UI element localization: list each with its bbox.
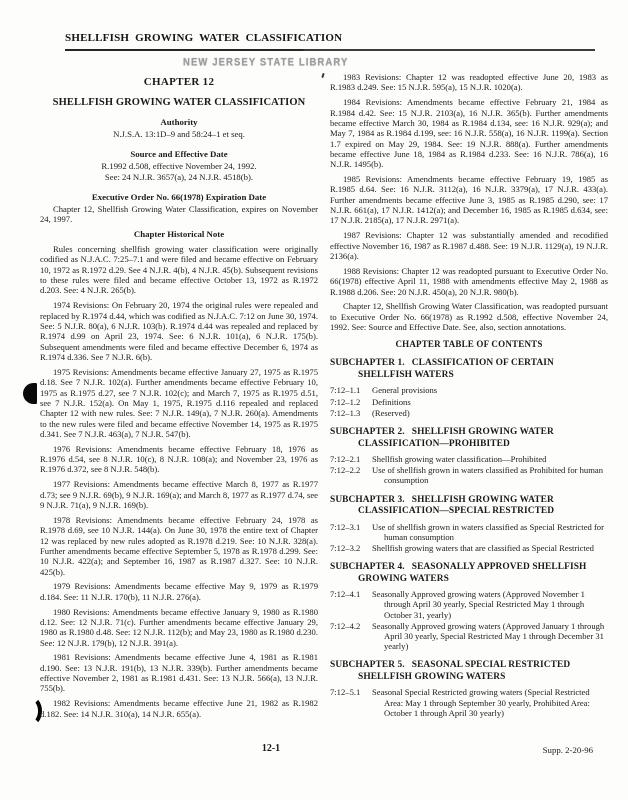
toc-entry-number: 7:12–2.1 (330, 454, 372, 464)
subchapter-4-title: SUBCHAPTER 4.SEASONALLY APPROVED SHELLFI… (330, 562, 608, 585)
historical-paragraph-1985: 1985 Revisions: Amendments became effect… (330, 174, 608, 226)
subchapter-1-label: SUBCHAPTER 1. (330, 358, 405, 368)
subchapter-5-label: SUBCHAPTER 5. (330, 660, 405, 670)
historical-note-heading: Chapter Historical Note (40, 229, 318, 239)
historical-paragraph-1977: 1977 Revisions: Amendments became effect… (40, 479, 318, 510)
header-rule (65, 49, 595, 51)
toc-entry: 7:12–2.1 Shellfish growing water classif… (330, 454, 608, 464)
toc-entry: 7:12–1.2 Definitions (330, 397, 608, 407)
readoption-paragraph: Chapter 12, Shellfish Growing Water Clas… (330, 301, 608, 332)
document-page: SHELLFISH GROWING WATER CLASSIFICATION N… (0, 0, 628, 800)
subchapter-4: SUBCHAPTER 4.SEASONALLY APPROVED SHELLFI… (330, 562, 608, 651)
historical-paragraph-1979: 1979 Revisions: Amendments became effect… (40, 581, 318, 602)
toc-entry-number: 7:12–1.3 (330, 408, 372, 418)
historical-paragraph-1983: 1983 Revisions: Chapter 12 was readopted… (330, 72, 608, 93)
subchapter-2-label: SUBCHAPTER 2. (330, 427, 405, 437)
historical-paragraph-1978: 1978 Revisions: Amendments became effect… (40, 515, 318, 577)
toc-entry: 7:12–4.2 Seasonally Approved growing wat… (330, 621, 608, 652)
historical-paragraph-1976: 1976 Revisions: Amendments became effect… (40, 444, 318, 475)
toc-entry-text: General provisions (372, 385, 608, 395)
subchapter-3-label: SUBCHAPTER 3. (330, 495, 405, 505)
expiration-heading: Executive Order No. 66(1978) Expiration … (40, 192, 318, 202)
ink-mark-paren (19, 696, 42, 726)
toc-entry: 7:12–2.2 Use of shellfish grown in water… (330, 465, 608, 485)
toc-entry-text: Shellfish growing waters that are classi… (372, 543, 608, 553)
historical-paragraph-1972: Rules concerning shellfish growing water… (40, 244, 318, 296)
subchapter-1-items: 7:12–1.1 General provisions 7:12–1.2 Def… (330, 385, 608, 418)
authority-citation: N.J.S.A. 13:1D–9 and 58:24–1 et seq. (40, 129, 318, 139)
subchapter-2: SUBCHAPTER 2.SHELLFISH GROWING WATER CLA… (330, 427, 608, 486)
authority-heading: Authority (40, 117, 318, 127)
toc-entry-number: 7:12–3.1 (330, 522, 372, 542)
subchapter-3-items: 7:12–3.1 Use of shellfish grown in water… (330, 522, 608, 554)
subchapter-2-items: 7:12–2.1 Shellfish growing water classif… (330, 454, 608, 486)
toc-entry-text: Use of shellfish grown in waters classif… (372, 522, 608, 542)
source-date-heading: Source and Effective Date (40, 149, 318, 159)
subchapter-1: SUBCHAPTER 1.CLASSIFICATION OF CERTAIN S… (330, 358, 608, 418)
historical-paragraph-1987: 1987 Revisions: Chapter 12 was substanti… (330, 230, 608, 261)
toc-entry-text: (Reserved) (372, 408, 608, 418)
chapter-number-heading: CHAPTER 12 (40, 76, 318, 88)
source-date-line2: See: 24 N.J.R. 3657(a), 24 N.J.R. 4518(b… (40, 172, 318, 182)
toc-entry: 7:12–5.1 Seasonal Special Restricted gro… (330, 687, 608, 718)
toc-entry-number: 7:12–4.2 (330, 621, 372, 652)
expiration-paragraph: Chapter 12, Shellfish Growing Water Clas… (40, 204, 318, 225)
chapter-title-heading: SHELLFISH GROWING WATER CLASSIFICATION (40, 97, 318, 108)
subchapter-5: SUBCHAPTER 5.SEASONAL SPECIAL RESTRICTED… (330, 660, 608, 718)
toc-entry-number: 7:12–1.2 (330, 397, 372, 407)
toc-entry-number: 7:12–3.2 (330, 543, 372, 553)
toc-entry-number: 7:12–2.2 (330, 465, 372, 485)
left-column: CHAPTER 12 SHELLFISH GROWING WATER CLASS… (40, 76, 318, 724)
historical-paragraph-1984: 1984 Revisions: Amendments became effect… (330, 97, 608, 169)
toc-entry-text: Definitions (372, 397, 608, 407)
subchapter-2-title: SUBCHAPTER 2.SHELLFISH GROWING WATER CLA… (330, 427, 608, 450)
toc-entry: 7:12–1.1 General provisions (330, 385, 608, 395)
historical-paragraph-1981: 1981 Revisions: Amendments became effect… (40, 652, 318, 693)
historical-paragraph-1982: 1982 Revisions: Amendments became effect… (40, 698, 318, 719)
subchapter-5-title: SUBCHAPTER 5.SEASONAL SPECIAL RESTRICTED… (330, 660, 608, 683)
page-number: 12-1 (241, 743, 301, 754)
ink-mark-halfdisc (23, 383, 37, 404)
historical-paragraph-1988: 1988 Revisions: Chapter 12 was readopted… (330, 266, 608, 297)
library-stamp: NEW JERSEY STATE LIBRARY (183, 56, 333, 69)
toc-entry-text: Seasonally Approved growing waters (Appr… (372, 589, 608, 620)
toc-entry-text: Seasonally Approved growing waters (Appr… (372, 621, 608, 652)
ink-mark-tick (321, 73, 324, 78)
toc-entry-text: Shellfish growing water classification—P… (372, 454, 608, 464)
toc-entry: 7:12–4.1 Seasonally Approved growing wat… (330, 589, 608, 620)
toc-entry-text: Use of shellfish grown in waters classif… (372, 465, 608, 485)
subchapter-3-title: SUBCHAPTER 3.SHELLFISH GROWING WATER CLA… (330, 495, 608, 518)
chapter-toc-heading: CHAPTER TABLE OF CONTENTS (330, 339, 608, 349)
running-header-title: SHELLFISH GROWING WATER CLASSIFICATION (65, 32, 342, 44)
subchapter-4-label: SUBCHAPTER 4. (330, 562, 405, 572)
subchapter-4-items: 7:12–4.1 Seasonally Approved growing wat… (330, 589, 608, 651)
source-date-line1: R.1992 d.508, effective November 24, 199… (40, 161, 318, 171)
toc-entry-text: Seasonal Special Restricted growing wate… (372, 687, 608, 718)
subchapter-5-items: 7:12–5.1 Seasonal Special Restricted gro… (330, 687, 608, 718)
toc-entry: 7:12–3.2 Shellfish growing waters that a… (330, 543, 608, 553)
toc-entry-number: 7:12–1.1 (330, 385, 372, 395)
historical-paragraph-1980: 1980 Revisions: Amendments became effect… (40, 607, 318, 648)
historical-paragraph-1974: 1974 Revisions: On February 20, 1974 the… (40, 300, 318, 362)
subchapter-1-title: SUBCHAPTER 1.CLASSIFICATION OF CERTAIN S… (330, 358, 608, 381)
toc-entry-number: 7:12–4.1 (330, 589, 372, 620)
supplement-date: Supp. 2-20-96 (500, 745, 593, 755)
historical-paragraph-1975: 1975 Revisions: Amendments became effect… (40, 367, 318, 439)
subchapter-3: SUBCHAPTER 3.SHELLFISH GROWING WATER CLA… (330, 495, 608, 554)
right-column: 1983 Revisions: Chapter 12 was readopted… (330, 72, 608, 719)
toc-entry: 7:12–3.1 Use of shellfish grown in water… (330, 522, 608, 542)
toc-entry: 7:12–1.3 (Reserved) (330, 408, 608, 418)
toc-entry-number: 7:12–5.1 (330, 687, 372, 718)
